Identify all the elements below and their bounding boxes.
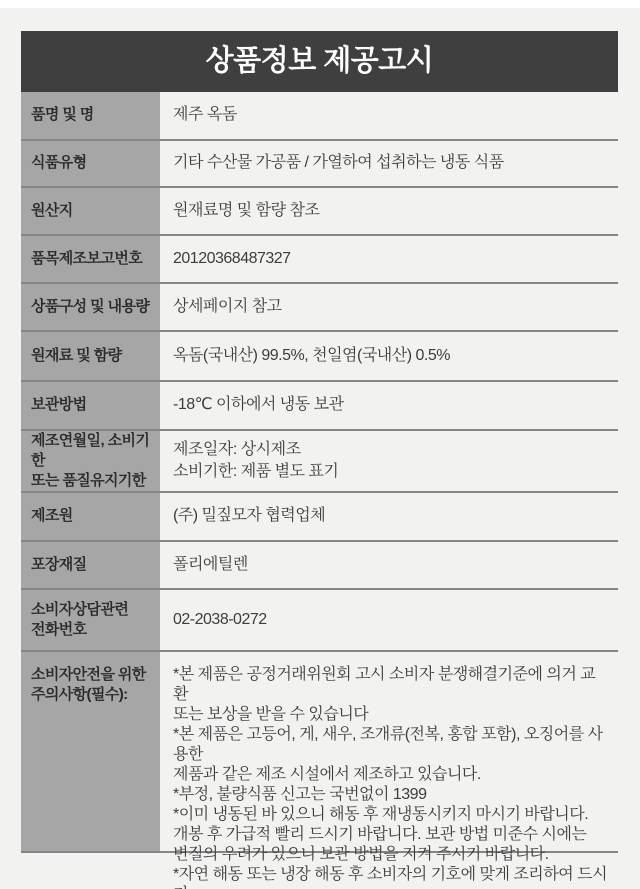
label-product-name: 품명 및 명 — [21, 92, 160, 139]
value-ingredients: 옥돔(국내산) 99.5%, 천일염(국내산) 0.5% — [160, 332, 618, 380]
value-dates: 제조일자: 상시제조 소비기한: 제품 별도 표기 — [160, 431, 618, 491]
value-origin: 원재료명 및 함량 참조 — [160, 188, 618, 234]
row-packaging: 포장재질 폴리에틸렌 — [21, 542, 618, 590]
table-title: 상품정보 제공고시 — [21, 31, 618, 92]
row-caution: 소비자안전을 위한 주의사항(필수): *본 제품은 공정거래위원회 고시 소비… — [21, 652, 618, 853]
value-caution: *본 제품은 공정거래위원회 고시 소비자 분쟁해결기준에 의거 교환 또는 보… — [160, 652, 618, 851]
row-storage: 보관방법 -18℃ 이하에서 냉동 보관 — [21, 382, 618, 431]
row-origin: 원산지 원재료명 및 함량 참조 — [21, 188, 618, 236]
value-manufacturer: (주) 밀짚모자 협력업체 — [160, 493, 618, 540]
row-report-number: 품목제조보고번호 20120368487327 — [21, 236, 618, 284]
top-white-strip — [0, 0, 640, 8]
row-manufacturer: 제조원 (주) 밀짚모자 협력업체 — [21, 493, 618, 542]
label-ingredients: 원재료 및 함량 — [21, 332, 160, 380]
value-food-type: 기타 수산물 가공품 / 가열하여 섭취하는 냉동 식품 — [160, 141, 618, 186]
product-info-table: 상품정보 제공고시 품명 및 명 제주 옥돔 식품유형 기타 수산물 가공품 /… — [21, 31, 618, 853]
value-phone: 02-2038-0272 — [160, 590, 618, 650]
row-ingredients: 원재료 및 함량 옥돔(국내산) 99.5%, 천일염(국내산) 0.5% — [21, 332, 618, 382]
row-composition: 상품구성 및 내용량 상세페이지 참고 — [21, 284, 618, 332]
label-dates: 제조연월일, 소비기한 또는 품질유지기한 — [21, 431, 160, 491]
row-dates: 제조연월일, 소비기한 또는 품질유지기한 제조일자: 상시제조 소비기한: 제… — [21, 431, 618, 493]
value-packaging: 폴리에틸렌 — [160, 542, 618, 588]
label-phone: 소비자상담관련 전화번호 — [21, 590, 160, 650]
label-origin: 원산지 — [21, 188, 160, 234]
label-manufacturer: 제조원 — [21, 493, 160, 540]
label-food-type: 식품유형 — [21, 141, 160, 186]
row-phone: 소비자상담관련 전화번호 02-2038-0272 — [21, 590, 618, 652]
label-composition: 상품구성 및 내용량 — [21, 284, 160, 330]
label-caution: 소비자안전을 위한 주의사항(필수): — [21, 652, 160, 851]
value-storage: -18℃ 이하에서 냉동 보관 — [160, 382, 618, 429]
value-product-name: 제주 옥돔 — [160, 92, 618, 139]
value-report-number: 20120368487327 — [160, 236, 618, 282]
label-storage: 보관방법 — [21, 382, 160, 429]
row-food-type: 식품유형 기타 수산물 가공품 / 가열하여 섭취하는 냉동 식품 — [21, 141, 618, 188]
label-report-number: 품목제조보고번호 — [21, 236, 160, 282]
label-packaging: 포장재질 — [21, 542, 160, 588]
row-product-name: 품명 및 명 제주 옥돔 — [21, 92, 618, 141]
value-composition: 상세페이지 참고 — [160, 284, 618, 330]
